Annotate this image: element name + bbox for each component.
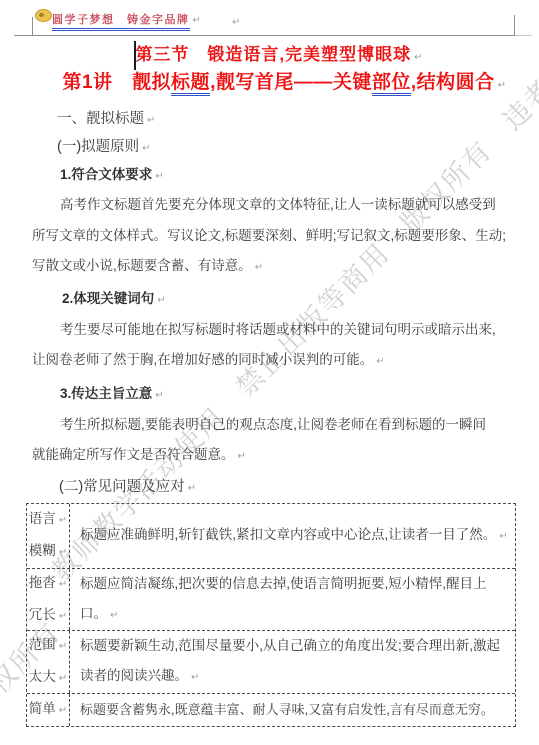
lecture-heading-part: ,靓写首尾——关键 [210, 72, 372, 93]
margin-mark-right [514, 15, 515, 36]
line-text: 就能确定所写作文是否符合题意。 [32, 447, 235, 462]
table-row: 范围↵ 太大↵ 标题要新颖生动,范围尽量要小,从自己确立的角度出发;要合理出新,… [27, 630, 515, 693]
line-text: 让阅卷老师了然于胸,在增加好感的同时减小误判的可能。 [32, 352, 373, 367]
point-heading-2: 2.体现关键词句↵ [62, 290, 166, 310]
paragraph-line: 考生要尽可能地在拟写标题时将话题或材料中的关键词句明示或暗示出来, [60, 321, 496, 339]
paragraph-mark-icon: ↵ [238, 451, 246, 462]
cell-text: 读者的阅读兴趣。 [80, 668, 188, 683]
paragraph-mark-icon: ↵ [157, 295, 165, 306]
header-rule-extension [514, 35, 532, 36]
document-page: 教师教学活动使用 禁止出版等商用 版权所有 违者必究 版权所有 圆学子梦想 铸金… [0, 0, 539, 745]
label-text: 简单 [29, 701, 56, 716]
line-text: (一)拟题原则 [57, 139, 139, 155]
line-text: 1.符合文体要求 [60, 167, 152, 182]
table-row-label: 范围↵ 太大↵ [27, 631, 70, 693]
section-heading-text: 第三节 锻造语言,完美塑型博眼球 [135, 45, 411, 64]
paragraph-mark-icon: ↵ [498, 80, 507, 91]
paragraph-mark-icon: ↵ [376, 356, 384, 367]
paragraph-line: 写散文或小说,标题要含蓄、有诗意。↵ [32, 257, 263, 277]
paragraph-mark-icon: ↵ [155, 171, 163, 182]
cell-text: 标题应简洁凝练,把次要的信息去掉,使语言简明扼要,短小精悍,醒目上 [80, 576, 487, 591]
table-row-label: 简单↵ [27, 694, 70, 726]
problems-table: 语言↵ 模糊↵ 标题应准确鲜明,斩钉截铁,紧扣文章内容或中心论点,让读者一目了然… [26, 503, 516, 727]
line-text: (二)常见问题及应对 [59, 479, 185, 495]
table-row-content: 标题要新颖生动,范围尽量要小,从自己确立的角度出发;要合理出新,激起 读者的阅读… [70, 631, 515, 693]
line-text: 写散文或小说,标题要含蓄、有诗意。 [32, 258, 252, 273]
point-heading-3: 3.传达主旨立意↵ [60, 385, 164, 405]
paragraph-mark-icon: ↵ [59, 673, 67, 684]
table-row: 拖沓↵ 冗长↵ 标题应简洁凝练,把次要的信息去掉,使语言简明扼要,短小精悍,醒目… [27, 568, 515, 630]
paragraph-mark-icon: ↵ [414, 52, 423, 63]
paragraph-mark-icon: ↵ [147, 115, 155, 126]
paragraph-line: 考生所拟标题,要能表明自己的观点态度,让阅卷老师在看到标题的一瞬间 [60, 416, 486, 434]
paragraph-mark-icon: ↵ [59, 547, 67, 558]
label-text: 冗长 [29, 607, 56, 622]
label-text: 模糊 [29, 543, 56, 558]
cell-text: 标题要新颖生动,范围尽量要小,从自己确立的角度出发;要合理出新,激起 [80, 638, 500, 653]
paragraph-mark-icon: ↵ [499, 531, 507, 542]
margin-mark-left [32, 17, 33, 36]
lecture-heading-part: 第1讲 靓拟 [62, 72, 171, 93]
cell-text: 标题应准确鲜明,斩钉截铁,紧扣文章内容或中心论点,让读者一目了然。 [80, 527, 496, 542]
line-text: 考生要尽可能地在拟写标题时将话题或材料中的关键词句明示或暗示出来, [60, 322, 496, 337]
point-heading-1: 1.符合文体要求↵ [60, 166, 164, 186]
paragraph-line: 让阅卷老师了然于胸,在增加好感的同时减小误判的可能。↵ [32, 351, 385, 371]
table-row-content: 标题要含蓄隽永,既意蕴丰富、耐人寻味,又富有启发性,言有尽而意无穷。 [70, 694, 515, 726]
table-row-label: 拖沓↵ 冗长↵ [27, 569, 70, 630]
label-text: 太大 [29, 669, 56, 684]
header-brand: 圆学子梦想 铸金字品牌↵ [52, 10, 201, 31]
paragraph-line: 高考作文标题首先要充分体现文章的文体特征,让人一读标题就可以感受到 [60, 196, 496, 214]
sub-heading-2: (二)常见问题及应对↵ [59, 478, 196, 498]
paragraph-line: 就能确定所写作文是否符合题意。↵ [32, 446, 246, 466]
paragraph-mark-icon: ↵ [59, 641, 67, 652]
label-text: 范围 [29, 637, 56, 652]
text-cursor [134, 41, 136, 70]
table-row-content: 标题应准确鲜明,斩钉截铁,紧扣文章内容或中心论点,让读者一目了然。↵ [70, 504, 515, 568]
table-row: 语言↵ 模糊↵ 标题应准确鲜明,斩钉截铁,紧扣文章内容或中心论点,让读者一目了然… [27, 504, 515, 568]
paragraph-mark-icon: ↵ [59, 579, 67, 590]
paragraph-mark-icon: ↵ [142, 143, 150, 154]
paragraph-mark-icon: ↵ [232, 17, 240, 28]
paragraph-mark-icon: ↵ [59, 705, 67, 716]
section-heading: 第三节 锻造语言,完美塑型博眼球↵ [0, 40, 539, 65]
lecture-heading-underlined: 标题 [171, 72, 210, 96]
paragraph-mark-icon: ↵ [110, 610, 118, 621]
label-text: 拖沓 [29, 575, 56, 590]
paragraph-mark-icon: ↵ [59, 611, 67, 622]
lecture-heading: 第1讲 靓拟标题,靓写首尾——关键部位,结构圆合↵ [0, 67, 539, 94]
list-heading-1: 一、靓拟标题↵ [57, 110, 155, 130]
table-row-label: 语言↵ 模糊↵ [27, 504, 70, 568]
table-row-content: 标题应简洁凝练,把次要的信息去掉,使语言简明扼要,短小精悍,醒目上 口。↵ [70, 569, 515, 630]
paragraph-mark-icon: ↵ [155, 390, 163, 401]
paragraph-mark-icon: ↵ [193, 15, 201, 26]
line-text: 一、靓拟标题 [57, 111, 144, 127]
line-text: 2.体现关键词句 [62, 291, 154, 306]
paragraph-mark-icon: ↵ [59, 515, 67, 526]
paragraph-mark-icon: ↵ [191, 672, 199, 683]
lecture-heading-underlined: 部位 [372, 72, 411, 96]
line-text: 所写文章的文体样式。写议论文,标题要深刻、鲜明;写记叙文,标题要形象、生动; [32, 228, 506, 243]
line-text: 3.传达主旨立意 [60, 386, 152, 401]
sub-heading-1: (一)拟题原则↵ [57, 138, 151, 158]
paragraph-mark-icon: ↵ [188, 483, 196, 494]
paragraph-line: 所写文章的文体样式。写议论文,标题要深刻、鲜明;写记叙文,标题要形象、生动; [32, 227, 506, 245]
paragraph-mark-icon: ↵ [255, 262, 263, 273]
brand-logo-icon [35, 9, 52, 22]
label-text: 语言 [29, 511, 56, 526]
lecture-heading-part: ,结构圆合 [411, 72, 495, 93]
header-rule [14, 35, 514, 36]
cell-text: 口。 [80, 606, 107, 621]
line-text: 考生所拟标题,要能表明自己的观点态度,让阅卷老师在看到标题的一瞬间 [60, 417, 486, 432]
table-row: 简单↵ 标题要含蓄隽永,既意蕴丰富、耐人寻味,又富有启发性,言有尽而意无穷。 [27, 693, 515, 726]
line-text: 高考作文标题首先要充分体现文章的文体特征,让人一读标题就可以感受到 [60, 197, 496, 212]
cell-text: 标题要含蓄隽永,既意蕴丰富、耐人寻味,又富有启发性,言有尽而意无穷。 [80, 702, 494, 717]
header-brand-text: 圆学子梦想 铸金字品牌 [52, 11, 190, 31]
